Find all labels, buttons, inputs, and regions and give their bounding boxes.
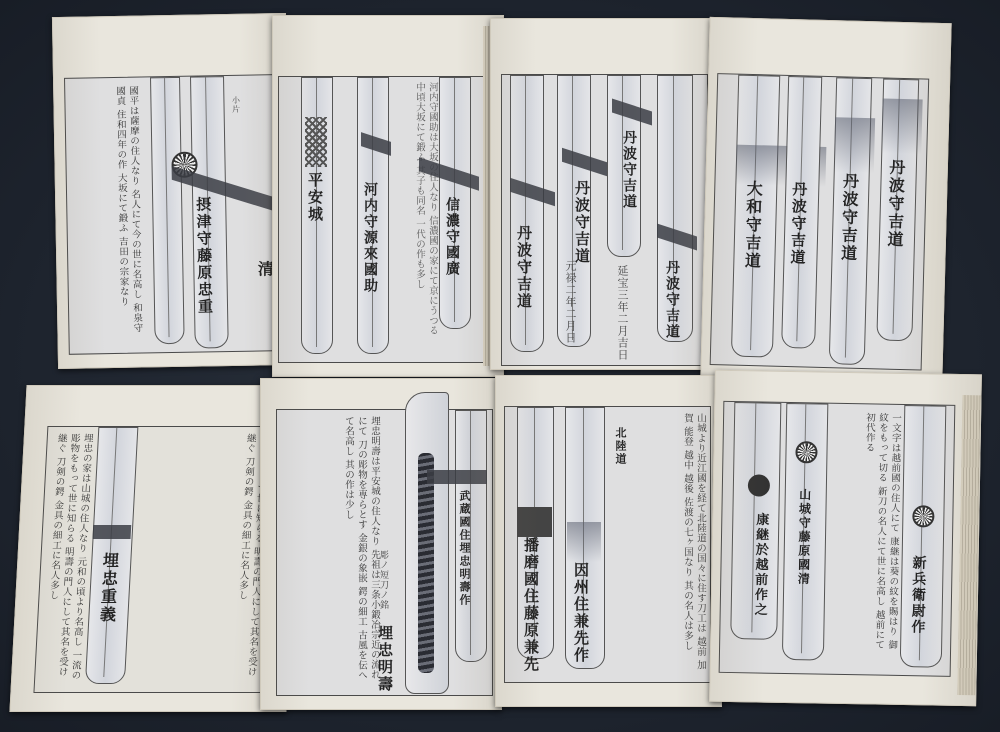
- print-frame: 康継於越前作之 山城守藤原國清 一文字は越前國の住人にて 康継は葵の紋を賜はり …: [719, 401, 956, 677]
- blade-inscription: 平安城: [307, 172, 322, 223]
- print-frame: 播磨國住藤原兼先 因州住兼先作 北陸道 山城より近江國を経て北陸道の国々に住す刀…: [504, 406, 711, 683]
- book-page-top-4: 大和守吉道 丹波守吉道 丹波守吉道 丹波守吉道: [700, 17, 951, 383]
- print-frame: 埋忠明壽は平安城の住人なり 先祖は三条小鍛冶宗近の流れにて 刀の彫物を専らとす …: [276, 409, 493, 696]
- print-frame: 國平は薩摩の住人なり 名人にて今の世に名高し 和泉守國貞 住和四年の作 大坂にて…: [64, 74, 281, 355]
- body-text: 國平は薩摩の住人なり 名人にて今の世に名高し 和泉守國貞 住和四年の作 大坂にて…: [69, 86, 143, 342]
- blade-inscription: 丹波守吉道: [516, 225, 531, 310]
- book-page-top-2: 平安城 河内守源來國助 河内守國助は大坂の住人なり 信濃國の家にて京にうつる 中…: [272, 15, 504, 377]
- body-text: 一文字は越前國の住人にて 康継は葵の紋を賜はり 御紋をもって切る 新刀の名人にて…: [828, 412, 902, 653]
- book-page-bottom-3: 播磨國住藤原兼先 因州住兼先作 北陸道 山城より近江國を経て北陸道の国々に住す刀…: [495, 375, 722, 707]
- blade-inscription: 新兵衛尉作: [910, 555, 925, 635]
- blade-inscription: 山城守藤原國清: [797, 488, 811, 586]
- blade-inscription: 武蔵國住埋忠明壽作: [459, 490, 470, 607]
- blade-inscription: 丹波守吉道: [886, 159, 904, 249]
- blade-inscription: 因州住兼先作: [573, 562, 588, 664]
- body-text: 河内守國助は大坂の住人なり 信濃國の家にて京にうつる 中頃大坂にて鍛ふ 其子も同…: [339, 82, 439, 347]
- blade-inscription: 大和守吉道: [743, 180, 761, 270]
- book-page-top-1: 國平は薩摩の住人なり 名人にて今の世に名高し 和泉守國貞 住和四年の作 大坂にて…: [52, 13, 292, 369]
- print-frame: 丹波守吉道 丹波守吉道 元禄二年二月日 丹波守吉道 延宝三年二月吉日 丹波守吉道: [501, 74, 708, 366]
- blade-inscription: 摂津守藤原忠重: [195, 196, 212, 315]
- book-spine-edge: [957, 395, 980, 695]
- print-frame: 大和守吉道 丹波守吉道 丹波守吉道 丹波守吉道: [710, 73, 930, 370]
- blade-collar-shading: [92, 525, 131, 539]
- book-page-top-3: 丹波守吉道 丹波守吉道 元禄二年二月日 丹波守吉道 延宝三年二月吉日 丹波守吉道: [490, 18, 717, 370]
- annotation: 小片: [230, 96, 241, 114]
- body-text: 山城より近江國を経て北陸道の国々に住す刀工は 越前 加賀 能登 越中 越後 佐渡…: [635, 413, 707, 673]
- dragon-engraving: [418, 453, 434, 673]
- blade-shading: [517, 507, 552, 537]
- blade-inscription: 丹波守吉道: [574, 180, 589, 265]
- date-inscription: 元禄二年二月日: [562, 260, 578, 344]
- blade-collar-shading: [427, 470, 487, 484]
- blade-inscription: 播磨國住藤原兼先: [523, 537, 538, 673]
- blade-inscription: 康継於越前作之: [753, 512, 768, 617]
- section-heading: 北陸道: [615, 427, 626, 466]
- blade-shading: [834, 117, 875, 173]
- book-page-bottom-4: 康継於越前作之 山城守藤原國清 一文字は越前國の住人にて 康継は葵の紋を賜はり …: [709, 370, 982, 707]
- blade-shading: [881, 98, 922, 154]
- sword-blade-drawing: [150, 77, 185, 344]
- blade-inscription: 埋忠重義: [98, 552, 118, 624]
- body-text: 埋忠の家は山城の住人なり 元和の頃より名高し 一流の彫物をもって世に知らる 明壽…: [39, 433, 94, 683]
- book-page-bottom-2: 埋忠明壽は平安城の住人なり 先祖は三条小鍛冶宗近の流れにて 刀の彫物を専らとす …: [260, 378, 502, 710]
- blade-inscription: 丹波守吉道: [839, 172, 857, 262]
- blade-inscription: 信濃守國廣: [445, 197, 459, 277]
- dagger-blade-drawing: [405, 392, 449, 694]
- blade-inscription: 丹波守吉道: [622, 130, 636, 210]
- print-frame: 埋忠重義 埋忠の家は山城の住人なり 元和の頃より名高し 一流の彫物をもって世に知…: [33, 426, 289, 693]
- sword-blade-drawing: [510, 75, 544, 352]
- blade-inscription: 丹波守吉道: [789, 181, 806, 266]
- pattern-shading: [305, 117, 327, 167]
- blade-shading: [567, 522, 601, 562]
- body-text: 埋忠明壽は平安城の住人なり 先祖は三条小鍛冶宗近の流れにて 刀の彫物を専らとす …: [281, 416, 381, 686]
- caption: 彫ノ短刀ノ銘: [377, 550, 390, 610]
- print-frame: 平安城 河内守源來國助 河内守國助は大坂の住人なり 信濃國の家にて京にうつる 中…: [278, 76, 485, 363]
- blade-inscription: 埋忠明壽: [377, 625, 392, 693]
- date-inscription: 延宝三年二月吉日: [614, 265, 630, 361]
- blade-inscription: 丹波守吉道: [665, 260, 679, 340]
